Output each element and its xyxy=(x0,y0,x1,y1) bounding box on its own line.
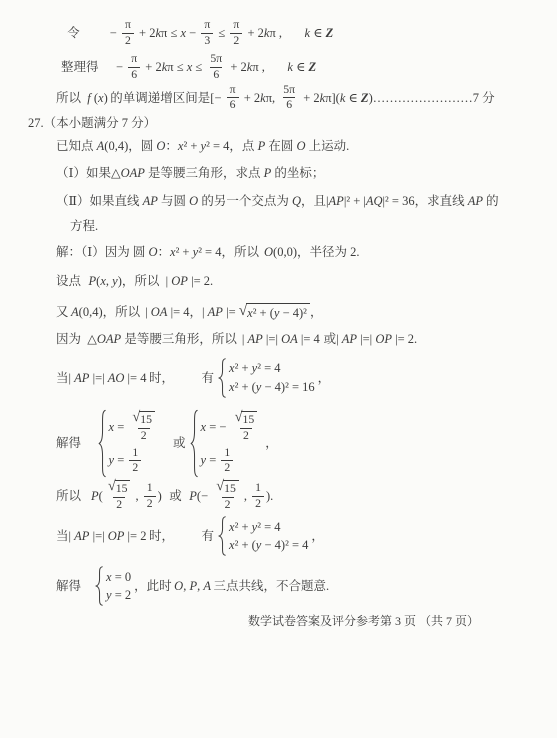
system-row: x = 0 xyxy=(106,569,131,586)
line-interval-conclusion: 所以f (x)的单调递增区间是[− π6 + 2kπ, 5π6 + 2kπ](k… xyxy=(0,83,557,113)
system-row: x² + (y − 4)² = 16 xyxy=(229,379,315,396)
answer-sheet-page: 令− π2 + 2kπ ≤ x − π3 ≤ π2 + 2kπ ,k ∈ Z整理… xyxy=(0,0,557,738)
line-case1-points: 所以P(√152, 12)或P(− √152, 12). xyxy=(0,480,557,512)
line-case2-solution: 解得x = 0y = 2，此时O, P, A三点共线，不合题意. xyxy=(0,566,557,606)
line-case2-system: 当| AP |=| OP |= 2时，有x² + y² = 4x² + (y −… xyxy=(0,516,557,556)
line-sol-setpoint: 设点P(x, y)，所以| OP |= 2. xyxy=(0,273,557,290)
radical: √15 xyxy=(132,411,155,428)
fraction: 12 xyxy=(144,481,156,511)
left-brace-icon xyxy=(218,358,226,398)
system-row: y = 2 xyxy=(106,587,131,604)
system-row: x = √152 xyxy=(109,411,161,443)
fraction: √152 xyxy=(213,480,242,512)
fraction: 12 xyxy=(221,446,233,476)
fraction: 12 xyxy=(129,446,141,476)
equation-system: x = − √152y = 12 xyxy=(190,409,263,478)
page-footer: 数学试卷答案及评分参考第 3 页 （共 7 页） xyxy=(0,612,557,629)
line-q27-part2: （Ⅱ）如果直线AP与圆O的另一个交点为Q，且|AP|² + |AQ|² = 36… xyxy=(0,193,557,210)
radical: √15 xyxy=(235,411,258,428)
radical: √15 xyxy=(108,480,131,497)
radical-sign-icon: √ xyxy=(216,479,224,493)
radical-sign-icon: √ xyxy=(132,410,140,424)
fraction: π6 xyxy=(128,52,140,82)
radical: √x² + (y − 4)² xyxy=(239,303,310,322)
fraction: 5π6 xyxy=(207,52,225,82)
fraction: π6 xyxy=(227,83,239,113)
radical-sign-icon: √ xyxy=(108,479,116,493)
fraction: π2 xyxy=(230,18,242,48)
left-brace-icon xyxy=(218,516,226,556)
equation-system: x² + y² = 4x² + (y − 4)² = 4 xyxy=(218,516,308,556)
fraction: 5π6 xyxy=(280,83,298,113)
radical: √15 xyxy=(216,480,239,497)
line-q27-header: 27.（本小题满分 7 分） xyxy=(0,115,557,132)
line-q27-given: 已知点A(0,4)，圆O：x² + y² = 4，点P在圆O上运动. xyxy=(0,138,557,155)
radical-sign-icon: √ xyxy=(239,303,247,318)
fraction: π2 xyxy=(122,18,134,48)
line-q27-part2-cont: 方程. xyxy=(0,218,557,235)
radical-sign-icon: √ xyxy=(235,410,243,424)
fraction: 12 xyxy=(252,481,264,511)
document-body: 令− π2 + 2kπ ≤ x − π3 ≤ π2 + 2kπ ,k ∈ Z整理… xyxy=(0,0,557,606)
system-row: x² + (y − 4)² = 4 xyxy=(229,537,308,554)
system-row: y = 12 xyxy=(201,446,236,476)
line-sol-distances: 又A(0,4)，所以| OA |= 4，| AP |= √x² + (y − 4… xyxy=(0,303,557,322)
line-sol-isosceles: 因为△OAP是等腰三角形，所以| AP |=| OA |= 4或| AP |=|… xyxy=(0,331,557,348)
left-brace-icon xyxy=(190,409,198,478)
left-brace-icon xyxy=(95,566,103,606)
fraction: √152 xyxy=(232,411,261,443)
fraction: √152 xyxy=(105,480,134,512)
fraction: √152 xyxy=(129,411,158,443)
line-case1-system: 当| AP |=| AO |= 4时，有x² + y² = 4x² + (y −… xyxy=(0,358,557,398)
line-simplified-inequality: 整理得− π6 + 2kπ ≤ x ≤ 5π6 + 2kπ ,k ∈ Z xyxy=(0,52,557,82)
line-let-inequality: 令− π2 + 2kπ ≤ x − π3 ≤ π2 + 2kπ ,k ∈ Z xyxy=(0,18,557,48)
equation-system: x² + y² = 4x² + (y − 4)² = 16 xyxy=(218,358,315,398)
line-sol-circle: 解：（Ⅰ）因为 圆O：x² + y² = 4，所以O(0,0)，半径为 2. xyxy=(0,244,557,261)
system-row: x = − √152 xyxy=(201,411,263,443)
fraction: π3 xyxy=(201,18,213,48)
equation-system: x = √152y = 12 xyxy=(98,409,161,478)
line-case1-solutions: 解得x = √152y = 12或x = − √152y = 12， xyxy=(0,409,557,478)
system-row: x² + y² = 4 xyxy=(229,519,281,536)
line-q27-part1: （Ⅰ）如果△OAP是等腰三角形，求点P的坐标； xyxy=(0,165,557,182)
system-row: x² + y² = 4 xyxy=(229,360,281,377)
left-brace-icon xyxy=(98,409,106,478)
system-row: y = 12 xyxy=(109,446,144,476)
equation-system: x = 0y = 2 xyxy=(95,566,131,606)
